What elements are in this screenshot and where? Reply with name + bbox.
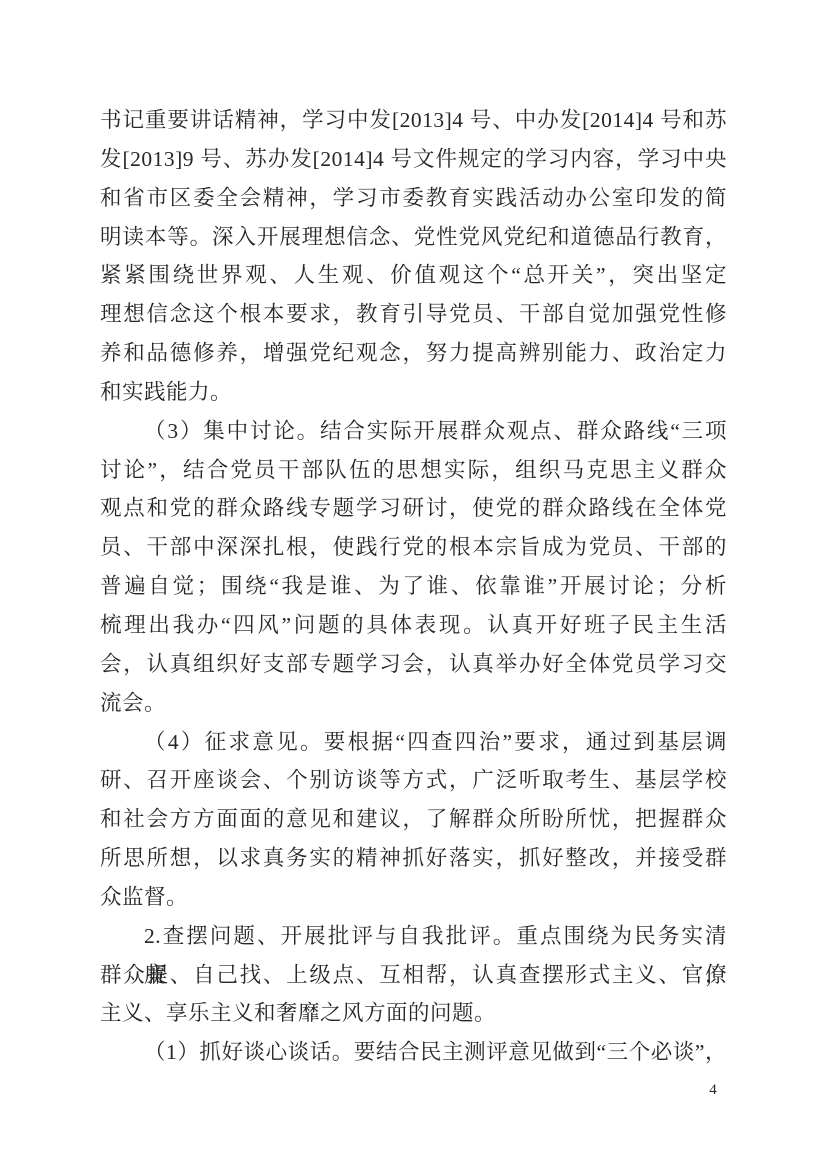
text-line: 和省市区委全会精神，学习市委教育实践活动办公室印发的简 — [100, 179, 727, 218]
text-line: 普遍自觉；围绕“我是谁、为了谁、依靠谁”开展讨论；分析 — [100, 567, 727, 606]
text-line: 紧紧围绕世界观、人生观、价值观这个“总开关”，突出坚定 — [100, 256, 727, 295]
text-line: 梳理出我办“四风”问题的具体表现。认真开好班子民主生活 — [100, 606, 727, 645]
text-line: 所思所想，以求真务实的精神抓好落实，抓好整改，并接受群 — [100, 839, 727, 878]
text-line: （4）征求意见。要根据“四查四治”要求，通过到基层调 — [100, 723, 727, 762]
text-line: 和社会方方面面的意见和建议，了解群众所盼所忧，把握群众 — [100, 800, 727, 839]
text-line: 理想信念这个根本要求，教育引导党员、干部自觉加强党性修 — [100, 295, 727, 334]
text-line: 流会。 — [100, 684, 727, 723]
text-line: 讨论”，结合党员干部队伍的思想实际，组织马克思主义群众 — [100, 451, 727, 490]
text-line: 2.查摆问题、开展批评与自我批评。重点围绕为民务实清廉， — [100, 917, 727, 956]
text-line: 员、干部中深深扎根，使践行党的根本宗旨成为党员、干部的 — [100, 528, 727, 567]
text-line: 众监督。 — [100, 878, 727, 917]
document-body: 书记重要讲话精神，学习中发[2013]4 号、中办发[2014]4 号和苏发[2… — [100, 101, 727, 1072]
text-line: 研、召开座谈会、个别访谈等方式，广泛听取考生、基层学校 — [100, 761, 727, 800]
page-number: 4 — [700, 1080, 726, 1100]
text-line: （1）抓好谈心谈话。要结合民主测评意见做到“三个必谈”， — [100, 1033, 727, 1072]
text-line: 和实践能力。 — [100, 373, 727, 412]
text-line: 主义、享乐主义和奢靡之风方面的问题。 — [100, 994, 727, 1033]
text-line: 书记重要讲话精神，学习中发[2013]4 号、中办发[2014]4 号和苏 — [100, 101, 727, 140]
text-line: 养和品德修养，增强党纪观念，努力提高辨别能力、政治定力 — [100, 334, 727, 373]
text-line: 群众提、自己找、上级点、互相帮，认真查摆形式主义、官僚 — [100, 956, 727, 995]
text-line: 明读本等。深入开展理想信念、党性党风党纪和道德品行教育， — [100, 218, 727, 257]
text-line: 会，认真组织好支部专题学习会，认真举办好全体党员学习交 — [100, 645, 727, 684]
text-line: （3）集中讨论。结合实际开展群众观点、群众路线“三项 — [100, 412, 727, 451]
text-line: 发[2013]9 号、苏办发[2014]4 号文件规定的学习内容，学习中央 — [100, 140, 727, 179]
document-page: 书记重要讲话精神，学习中发[2013]4 号、中办发[2014]4 号和苏发[2… — [0, 0, 826, 1169]
text-line: 观点和党的群众路线专题学习研讨，使党的群众路线在全体党 — [100, 489, 727, 528]
